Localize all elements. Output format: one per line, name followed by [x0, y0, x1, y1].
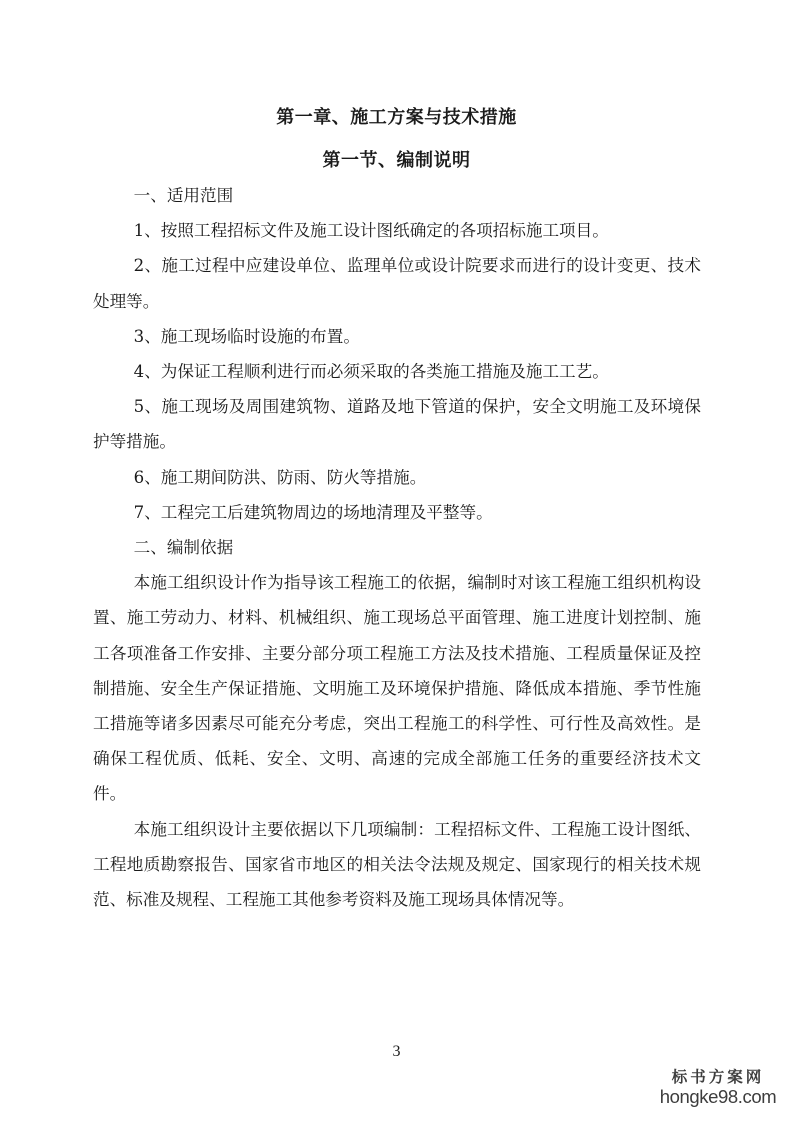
paragraph: 本施工组织设计主要依据以下几项编制：工程招标文件、工程施工设计图纸、工程地质勘察… [93, 812, 701, 918]
list-item: 3、施工现场临时设施的布置。 [93, 319, 701, 354]
chapter-title: 第一章、施工方案与技术措施 [0, 103, 793, 129]
list-item: 2、施工过程中应建设单位、监理单位或设计院要求而进行的设计变更、技术处理等。 [93, 248, 701, 318]
body-text: 一、适用范围 1、按照工程招标文件及施工设计图纸确定的各项招标施工项目。 2、施… [93, 178, 701, 917]
list-item: 5、施工现场及周围建筑物、道路及地下管道的保护，安全文明施工及环境保护等措施。 [93, 389, 701, 459]
subsection-heading-scope: 一、适用范围 [93, 178, 701, 213]
watermark-url: hongke98.com [648, 1086, 788, 1108]
list-item: 7、工程完工后建筑物周边的场地清理及平整等。 [93, 495, 701, 530]
page-number: 3 [0, 1043, 793, 1061]
list-item: 1、按照工程招标文件及施工设计图纸确定的各项招标施工项目。 [93, 213, 701, 248]
subsection-heading-basis: 二、编制依据 [93, 530, 701, 565]
section-title: 第一节、编制说明 [0, 146, 793, 172]
watermark-cn: 标书方案网 [648, 1068, 788, 1086]
list-item: 4、为保证工程顺利进行而必须采取的各类施工措施及施工工艺。 [93, 354, 701, 389]
paragraph: 本施工组织设计作为指导该工程施工的依据，编制时对该工程施工组织机构设置、施工劳动… [93, 565, 701, 811]
list-item: 6、施工期间防洪、防雨、防火等措施。 [93, 460, 701, 495]
document-page: 第一章、施工方案与技术措施 第一节、编制说明 一、适用范围 1、按照工程招标文件… [0, 0, 793, 1122]
watermark: 标书方案网 hongke98.com [648, 1068, 788, 1108]
